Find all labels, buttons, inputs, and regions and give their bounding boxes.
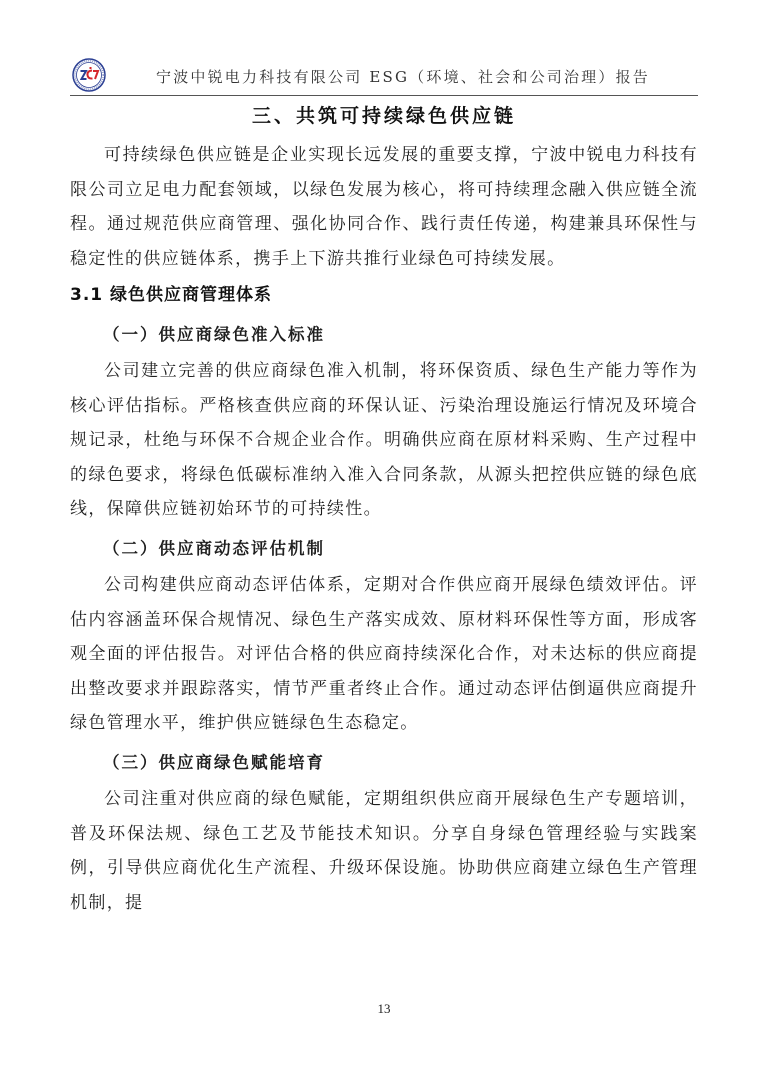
page-header: 宁波中锐电力科技有限公司 ESG（环境、社会和公司治理）报告 (70, 56, 698, 96)
chapter-title: 三、共筑可持续绿色供应链 (0, 101, 768, 128)
subsection-heading: （一）供应商绿色准入标准 (70, 318, 698, 353)
section-heading: 3.1 绿色供应商管理体系 (70, 278, 698, 313)
subsection-paragraph: 公司注重对供应商的绿色赋能，定期组织供应商开展绿色生产专题培训，普及环保法规、绿… (70, 782, 698, 920)
subsection-heading: （三）供应商绿色赋能培育 (70, 746, 698, 781)
subsection-green-admission: （一）供应商绿色准入标准 公司建立完善的供应商绿色准入机制，将环保资质、绿色生产… (70, 318, 698, 527)
subsection-heading: （二）供应商动态评估机制 (70, 532, 698, 567)
intro-paragraph: 可持续绿色供应链是企业实现长远发展的重要支撑，宁波中锐电力科技有限公司立足电力配… (70, 138, 698, 276)
report-header-title: 宁波中锐电力科技有限公司 ESG（环境、社会和公司治理）报告 (70, 66, 698, 87)
subsection-dynamic-evaluation: （二）供应商动态评估机制 公司构建供应商动态评估体系，定期对合作供应商开展绿色绩… (70, 532, 698, 741)
subsection-paragraph: 公司构建供应商动态评估体系，定期对合作供应商开展绿色绩效评估。评估内容涵盖环保合… (70, 568, 698, 741)
subsection-paragraph: 公司建立完善的供应商绿色准入机制，将环保资质、绿色生产能力等作为核心评估指标。严… (70, 354, 698, 527)
subsection-green-empowerment: （三）供应商绿色赋能培育 公司注重对供应商的绿色赋能，定期组织供应商开展绿色生产… (70, 746, 698, 921)
page-number: 13 (0, 1001, 768, 1017)
document-body: 可持续绿色供应链是企业实现长远发展的重要支撑，宁波中锐电力科技有限公司立足电力配… (70, 138, 698, 920)
